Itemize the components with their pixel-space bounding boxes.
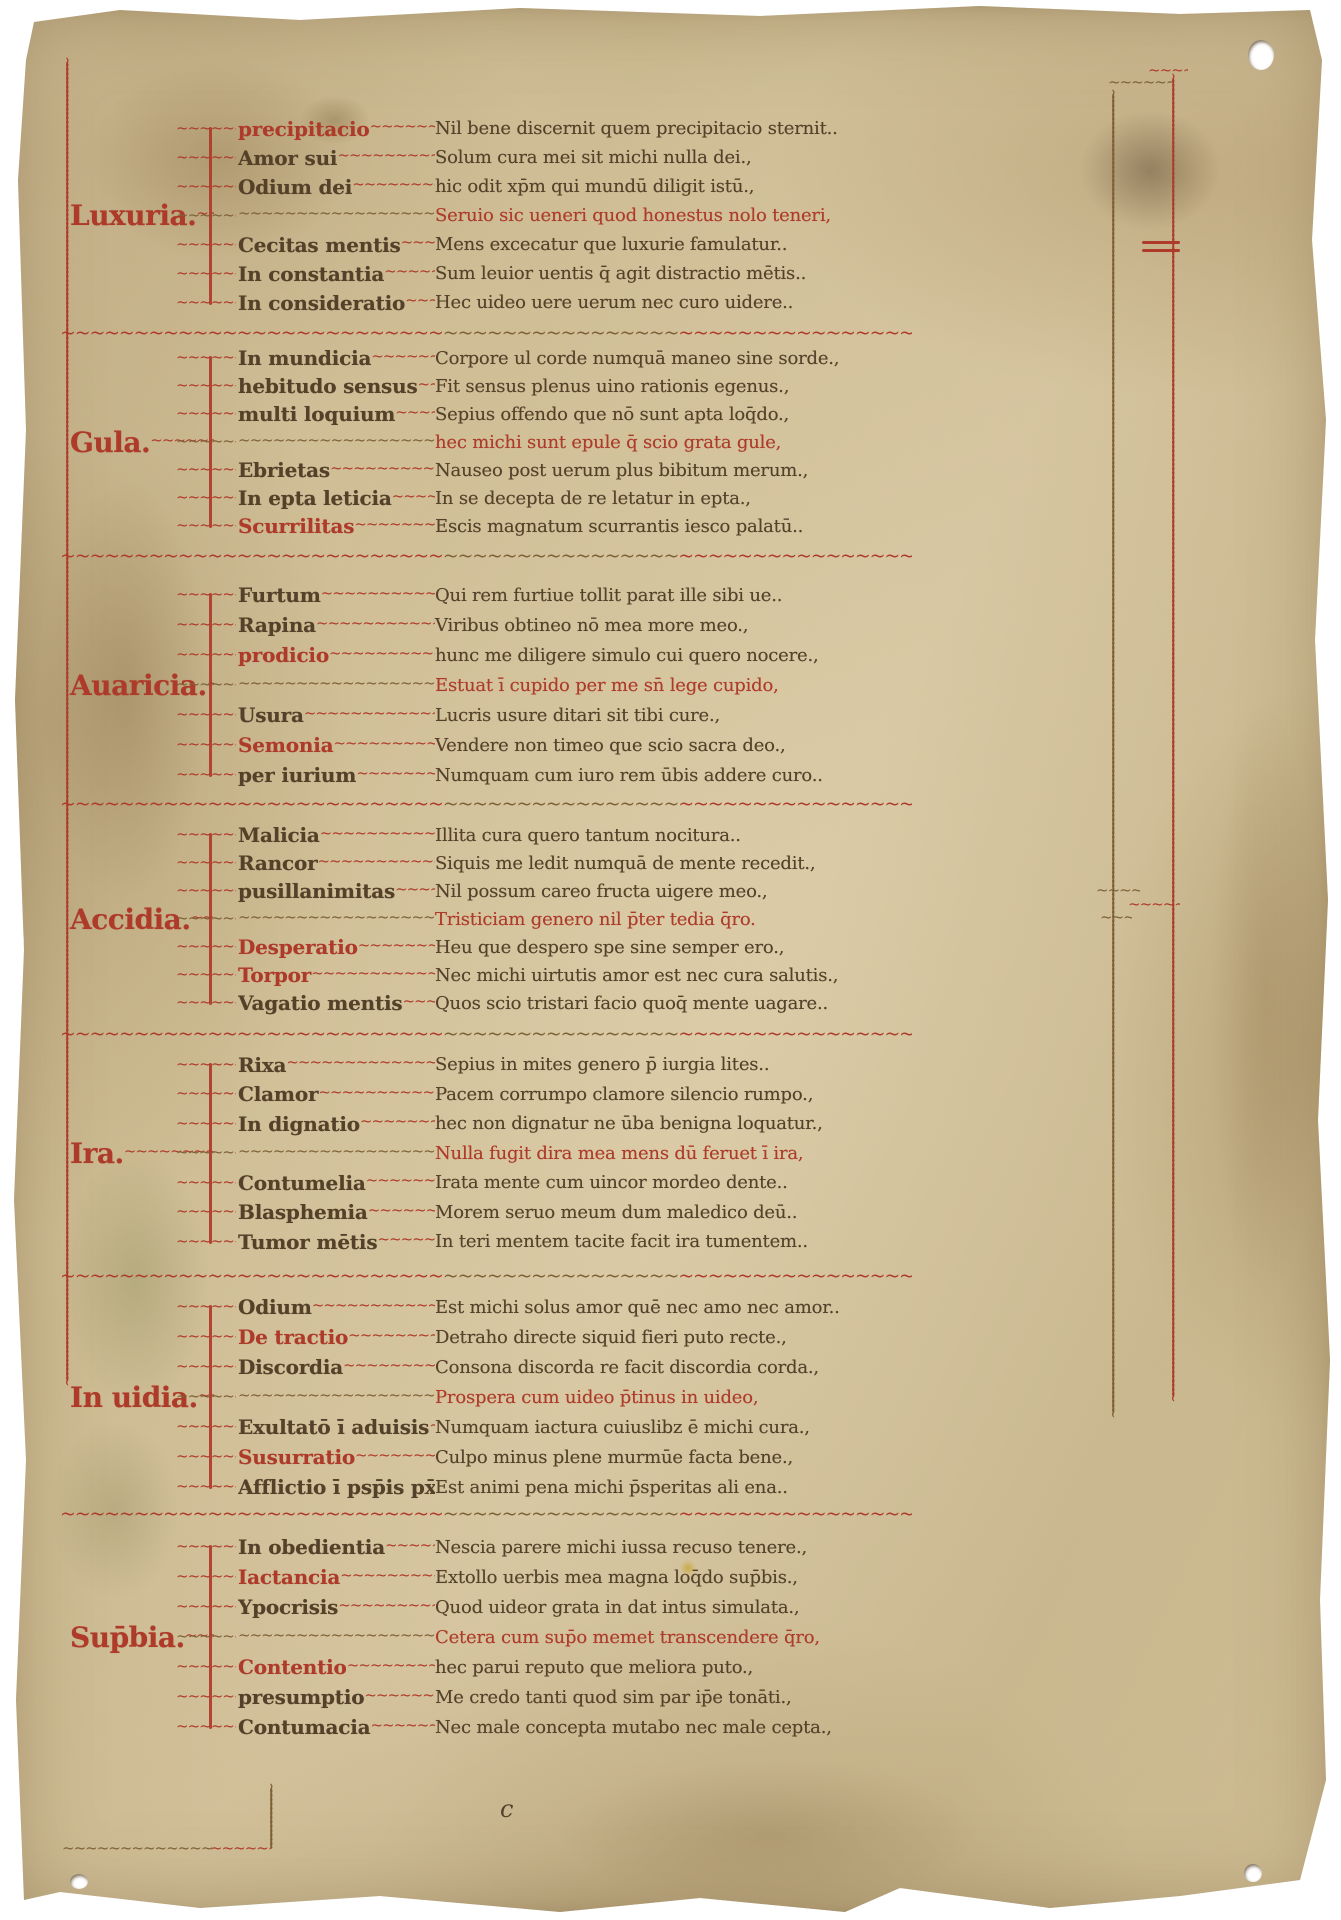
vice-label: Rixa	[238, 1053, 286, 1077]
vice-label: Usura	[238, 703, 304, 727]
vice-cell: prodicio~~~~~~~~~~~~~~~~~~~~~~~~~~~~~~~~…	[238, 643, 435, 667]
vice-row: ~~~~~~~~~Vagatio mentis~~~~~~~~~~~~~~~~~…	[0, 989, 1341, 1017]
vice-cell: ~~~~~~~~~~~~~~~~~~~~~~~~~~~~~~~~~~~~~~~~	[238, 678, 435, 693]
sin-section: Luxuria.~~~~~~~~~~~~~~~~~~~~~~~~~~~~~~~~…	[0, 114, 1341, 317]
vice-label: In consideratio	[238, 291, 405, 315]
vice-cell: per iurium~~~~~~~~~~~~~~~~~~~~~~~~~~~~~~…	[238, 763, 435, 787]
bracket-tick-squiggle: ~~~~~~~~~	[176, 434, 236, 449]
bracket-tick-squiggle: ~~~~~~~~~	[176, 1234, 236, 1249]
vice-cell: Furtum~~~~~~~~~~~~~~~~~~~~~~~~~~~~~~~~~~…	[238, 583, 435, 607]
filler-squiggle: ~~~~~~~~~~~~~~~~~~~~~~~~~~~~~~~~~~~~~~~~	[402, 994, 435, 1009]
vice-cell: ~~~~~~~~~~~~~~~~~~~~~~~~~~~~~~~~~~~~~~~~	[238, 1146, 435, 1161]
verse-text: Sum leuior uentis q̄ agit distractio mē…	[435, 263, 806, 284]
vice-label: hebitudo sensus	[238, 374, 418, 398]
filler-squiggle: ~~~~~~~~~~~~~~~~~~~~~~~~~~~~~~~~~~~~~~~~	[286, 1055, 435, 1070]
vice-row: ~~~~~~~~~Torpor~~~~~~~~~~~~~~~~~~~~~~~~~…	[0, 961, 1341, 989]
filler-squiggle: ~~~~~~~~~~~~~~~~~~~~~~~~~~~~~~~~~~~~~~~~	[238, 678, 435, 691]
bracket-tick-squiggle: ~~~~~~~~~	[176, 406, 236, 421]
filler-squiggle: ~~~~~~~~~~~~~~~~~~~~~~~~~~~~~~~~~~~~~~~~	[366, 1173, 435, 1188]
bracket-tick-squiggle: ~~~~~~~~~	[176, 1479, 236, 1494]
verse-text: hec michi sunt epule q̄ scio grata gule,	[435, 432, 781, 453]
vice-cell: Iactancia~~~~~~~~~~~~~~~~~~~~~~~~~~~~~~~…	[238, 1565, 435, 1589]
vice-cell: pusillanimitas~~~~~~~~~~~~~~~~~~~~~~~~~~…	[238, 879, 435, 903]
verse-text: Illita cura quero tantum nocitura..	[435, 825, 741, 846]
filler-squiggle: ~~~~~~~~~~~~~~~~~~~~~~~~~~~~~~~~~~~~~~~~	[311, 966, 435, 981]
verse-text: Estuat ī cupido per me sn̄ lege cupido,	[435, 675, 779, 696]
vice-label: Contumacia	[238, 1715, 370, 1739]
verse-text: Seruio sic ueneri quod honestus nolo ten…	[435, 205, 831, 226]
filler-squiggle: ~~~~~~~~~~~~~~~~~~~~~~~~~~~~~~~~~~~~~~~~	[238, 435, 435, 448]
filler-squiggle: ~~~~~~~~~~~~~~~~~~~~~~~~~~~~~~~~~~~~~~~~	[333, 736, 435, 751]
vice-cell: Malicia~~~~~~~~~~~~~~~~~~~~~~~~~~~~~~~~~…	[238, 823, 435, 847]
vice-label: Susurratio	[238, 1445, 355, 1469]
vice-row: ~~~~~~~~~Ebrietas~~~~~~~~~~~~~~~~~~~~~~~…	[0, 456, 1341, 484]
verse-text: hic odit xp̄m qui mundū diligit istū.,	[435, 176, 754, 197]
vice-row: ~~~~~~~~~In dignatio~~~~~~~~~~~~~~~~~~~~…	[0, 1109, 1341, 1139]
verse-text: Solum cura mei sit michi nulla dei.,	[435, 147, 752, 168]
vice-label: precipitacio	[238, 117, 370, 141]
vice-cell: In epta leticia~~~~~~~~~~~~~~~~~~~~~~~~~…	[238, 486, 435, 510]
vice-row: ~~~~~~~~~Odium dei~~~~~~~~~~~~~~~~~~~~~~…	[0, 172, 1341, 201]
bracket-tick-squiggle: ~~~~~~~~~	[176, 1057, 236, 1072]
filler-squiggle: ~~~~~~~~~~~~~~~~~~~~~~~~~~~~~~~~~~~~~~~~	[340, 1568, 435, 1583]
bracket-tick-squiggle: ~~~~~~~~~	[176, 462, 236, 477]
bracket-tick-squiggle: ~~~~~~~~~	[176, 350, 236, 365]
filler-squiggle: ~~~~~~~~~~~~~~~~~~~~~~~~~~~~~~~~~~~~~~~~	[377, 1232, 435, 1247]
filler-squiggle: ~~~~~~~~~~~~~~~~~~~~~~~~~~~~~~~~~~~~~~~~	[392, 489, 435, 504]
vice-label: Torpor	[238, 963, 311, 987]
filler-squiggle: ~~~~~~~~~~~~~~~~~~~~~~~~~~~~~~~~~~~~~~~~	[429, 1418, 435, 1433]
vice-row: ~~~~~~~~~De tractio~~~~~~~~~~~~~~~~~~~~~…	[0, 1322, 1341, 1352]
verse-text: hec non dignatur ne ūba benigna loquatu…	[435, 1113, 823, 1134]
vice-row: ~~~~~~~~~Susurratio~~~~~~~~~~~~~~~~~~~~~…	[0, 1442, 1341, 1472]
verse-text: Nauseo post uerum plus bibitum merum.,	[435, 460, 808, 481]
verse-text: Numquam iactura cuiuslibz ē michi cura.…	[435, 1417, 810, 1438]
filler-squiggle: ~~~~~~~~~~~~~~~~~~~~~~~~~~~~~~~~~~~~~~~~	[395, 882, 435, 897]
vice-label: Exultatō ī aduisis	[238, 1415, 429, 1439]
vice-row: ~~~~~~~~~per iurium~~~~~~~~~~~~~~~~~~~~~…	[0, 760, 1341, 790]
filler-squiggle: ~~~~~~~~~~~~~~~~~~~~~~~~~~~~~~~~~~~~~~~~	[321, 586, 435, 601]
vice-row: ~~~~~~~~~Usura~~~~~~~~~~~~~~~~~~~~~~~~~~…	[0, 700, 1341, 730]
bracket-tick-squiggle: ~~~~~~~~~	[176, 1086, 236, 1101]
bracket-tick-squiggle: ~~~~~~~~~	[176, 855, 236, 870]
vice-row: ~~~~~~~~~hebitudo sensus~~~~~~~~~~~~~~~~…	[0, 372, 1341, 400]
verse-text: Culpo minus plene murmūe facta bene.,	[435, 1447, 793, 1468]
vice-cell: Contumelia~~~~~~~~~~~~~~~~~~~~~~~~~~~~~~…	[238, 1171, 435, 1195]
vice-cell: Odium dei~~~~~~~~~~~~~~~~~~~~~~~~~~~~~~~…	[238, 175, 435, 199]
filler-squiggle: ~~~~~~~~~~~~~~~~~~~~~~~~~~~~~~~~~~~~~~~~	[343, 1358, 435, 1373]
vice-label: Amor sui	[238, 146, 337, 170]
vice-cell: precipitacio~~~~~~~~~~~~~~~~~~~~~~~~~~~~…	[238, 117, 435, 141]
stain	[560, 1760, 980, 1910]
section-divider: ~~~~~~~~~~~~~~~~~~~~~~~~~~~~~~~~~~~~~~~~…	[60, 1028, 912, 1046]
parchment-hole	[8, 928, 24, 954]
bracket-tick-squiggle: ~~~~~~~~~	[176, 149, 236, 164]
vice-row: ~~~~~~~~~~~~~~~~~~~~~~~~~~~~~~~~~~~~~~~~…	[0, 670, 1341, 700]
vice-row: ~~~~~~~~~Exultatō ī aduisis~~~~~~~~~~~…	[0, 1412, 1341, 1442]
vice-cell: De tractio~~~~~~~~~~~~~~~~~~~~~~~~~~~~~~…	[238, 1325, 435, 1349]
vice-cell: Rapina~~~~~~~~~~~~~~~~~~~~~~~~~~~~~~~~~~…	[238, 613, 435, 637]
filler-squiggle: ~~~~~~~~~~~~~~~~~~~~~~~~~~~~~~~~~~~~~~~~	[384, 264, 435, 279]
vice-row: ~~~~~~~~~In obedientia~~~~~~~~~~~~~~~~~~…	[0, 1532, 1341, 1562]
verse-text: In teri mentem tacite facit ira tumentem…	[435, 1231, 808, 1252]
vice-cell: Vagatio mentis~~~~~~~~~~~~~~~~~~~~~~~~~~…	[238, 991, 435, 1015]
filler-squiggle: ~~~~~~~~~~~~~~~~~~~~~~~~~~~~~~~~~~~~~~~~	[304, 706, 435, 721]
filler-squiggle: ~~~~~~~~~~~~~~~~~~~~~~~~~~~~~~~~~~~~~~~~	[238, 1146, 435, 1159]
vice-label: Vagatio mentis	[238, 991, 402, 1015]
bracket-tick-squiggle: ~~~~~~~~~	[176, 883, 236, 898]
filler-squiggle: ~~~~~~~~~~~~~~~~~~~~~~~~~~~~~~~~~~~~~~~~	[329, 646, 435, 661]
filler-squiggle: ~~~~~~~~~~~~~~~~~~~~~~~~~~~~~~~~~~~~~~~~	[337, 148, 435, 163]
bracket-tick-squiggle: ~~~~~~~~~	[176, 677, 236, 692]
vice-cell: ~~~~~~~~~~~~~~~~~~~~~~~~~~~~~~~~~~~~~~~~	[238, 1390, 435, 1405]
vice-cell: Torpor~~~~~~~~~~~~~~~~~~~~~~~~~~~~~~~~~~…	[238, 963, 435, 987]
verse-text: Corpore ul corde numquā maneo sine sord…	[435, 348, 839, 369]
verse-text: Pacem corrumpo clamore silencio rumpo.,	[435, 1084, 813, 1105]
verse-text: Nulla fugit dira mea mens dū feruet ī …	[435, 1143, 803, 1164]
vice-label: per iurium	[238, 763, 356, 787]
vice-row: ~~~~~~~~~In mundicia~~~~~~~~~~~~~~~~~~~~…	[0, 344, 1341, 372]
vice-cell: ~~~~~~~~~~~~~~~~~~~~~~~~~~~~~~~~~~~~~~~~	[238, 1630, 435, 1645]
verse-text: Nil bene discernit quem precipitacio ste…	[435, 118, 838, 139]
verse-text: In se decepta de re letatur in epta.,	[435, 488, 751, 509]
verse-text: Mens excecatur que luxurie famulatur..	[435, 234, 787, 255]
vice-row: ~~~~~~~~~Afflictio ī psp̄is px̄i~~~~~~~…	[0, 1472, 1341, 1502]
vice-label: prodicio	[238, 643, 329, 667]
vice-cell: Cecitas mentis~~~~~~~~~~~~~~~~~~~~~~~~~~…	[238, 233, 435, 257]
parchment-hole	[1324, 1100, 1336, 1114]
bracket-tick-squiggle: ~~~~~~~~~	[176, 1389, 236, 1404]
vice-cell: Amor sui~~~~~~~~~~~~~~~~~~~~~~~~~~~~~~~~…	[238, 146, 435, 170]
filler-squiggle: ~~~~~~~~~~~~~~~~~~~~~~~~~~~~~~~~~~~~~~~~	[371, 349, 435, 364]
vice-row: ~~~~~~~~~~~~~~~~~~~~~~~~~~~~~~~~~~~~~~~~…	[0, 905, 1341, 933]
vice-cell: multi loquium~~~~~~~~~~~~~~~~~~~~~~~~~~~…	[238, 402, 435, 426]
verse-text: Nil possum careo fructa uigere meo.,	[435, 881, 767, 902]
verse-text: Extollo uerbis mea magna loq̄do sup̄bis.…	[435, 1567, 798, 1588]
vice-row: ~~~~~~~~~Furtum~~~~~~~~~~~~~~~~~~~~~~~~~…	[0, 580, 1341, 610]
filler-squiggle: ~~~~~~~~~~~~~~~~~~~~~~~~~~~~~~~~~~~~~~~~	[418, 377, 435, 392]
vice-row: ~~~~~~~~~Clamor~~~~~~~~~~~~~~~~~~~~~~~~~…	[0, 1080, 1341, 1110]
bracket-tick-squiggle: ~~~~~~~~~	[176, 1569, 236, 1584]
bracket-tick-squiggle: ~~~~~~~~~	[176, 294, 236, 309]
vice-row: ~~~~~~~~~Cecitas mentis~~~~~~~~~~~~~~~~~…	[0, 230, 1341, 259]
vice-label: Ypocrisis	[238, 1595, 338, 1619]
bracket-tick-squiggle: ~~~~~~~~~	[176, 1599, 236, 1614]
vice-cell: ~~~~~~~~~~~~~~~~~~~~~~~~~~~~~~~~~~~~~~~~	[238, 208, 435, 223]
bracket-tick-squiggle: ~~~~~~~~~	[176, 1719, 236, 1734]
filler-squiggle: ~~~~~~~~~~~~~~~~~~~~~~~~~~~~~~~~~~~~~~~~	[238, 912, 435, 925]
filler-squiggle: ~~~~~~~~~~~~~~~~~~~~~~~~~~~~~~~~~~~~~~~~	[312, 1298, 435, 1313]
filler-squiggle: ~~~~~~~~~~~~~~~~~~~~~~~~~~~~~~~~~~~~~~~~	[385, 1538, 435, 1553]
filler-squiggle: ~~~~~~~~~~~~~~~~~~~~~~~~~~~~~~~~~~~~~~~~	[352, 177, 435, 192]
bracket-tick-squiggle: ~~~~~~~~~	[176, 1659, 236, 1674]
verse-text: hunc me diligere simulo cui quero nocere…	[435, 645, 819, 666]
vice-row: ~~~~~~~~~pusillanimitas~~~~~~~~~~~~~~~~~…	[0, 877, 1341, 905]
vice-row: ~~~~~~~~~Blasphemia~~~~~~~~~~~~~~~~~~~~~…	[0, 1198, 1341, 1228]
bracket-tick-squiggle: ~~~~~~~~~	[176, 490, 236, 505]
verse-text: Detraho directe siquid fieri puto recte.…	[435, 1327, 787, 1348]
verse-text: Lucris usure ditari sit tibi cure.,	[435, 705, 720, 726]
bracket-tick-squiggle: ~~~~~~~~~	[176, 518, 236, 533]
vice-cell: Rixa~~~~~~~~~~~~~~~~~~~~~~~~~~~~~~~~~~~~…	[238, 1053, 435, 1077]
vice-label: Rancor	[238, 851, 317, 875]
filler-squiggle: ~~~~~~~~~~~~~~~~~~~~~~~~~~~~~~~~~~~~~~~~	[358, 938, 435, 953]
right-border-top-cap-red: ~~~~~~	[1148, 64, 1188, 77]
vice-row: ~~~~~~~~~Discordia~~~~~~~~~~~~~~~~~~~~~~…	[0, 1352, 1341, 1382]
bracket-tick-squiggle: ~~~~~~~~~	[176, 707, 236, 722]
filler-squiggle: ~~~~~~~~~~~~~~~~~~~~~~~~~~~~~~~~~~~~~~~~	[355, 1448, 435, 1463]
bracket-tick-squiggle: ~~~~~~~~~	[176, 967, 236, 982]
filler-squiggle: ~~~~~~~~~~~~~~~~~~~~~~~~~~~~~~~~~~~~~~~~	[320, 826, 435, 841]
bracket-tick-squiggle: ~~~~~~~~~	[176, 647, 236, 662]
bracket-tick-squiggle: ~~~~~~~~~	[176, 995, 236, 1010]
vice-label: In dignatio	[238, 1112, 360, 1136]
vice-row: ~~~~~~~~~Scurrilitas~~~~~~~~~~~~~~~~~~~~…	[0, 512, 1341, 540]
vice-cell: Discordia~~~~~~~~~~~~~~~~~~~~~~~~~~~~~~~…	[238, 1355, 435, 1379]
bracket-tick-squiggle: ~~~~~~~~~	[176, 767, 236, 782]
vice-label: In mundicia	[238, 346, 371, 370]
bracket-tick-squiggle: ~~~~~~~~~	[176, 1629, 236, 1644]
vice-row: ~~~~~~~~~Desperatio~~~~~~~~~~~~~~~~~~~~~…	[0, 933, 1341, 961]
verse-text: Est animi pena michi p̄speritas ali ena.…	[435, 1477, 788, 1498]
scribe-mark: c	[500, 1795, 513, 1823]
vice-row: ~~~~~~~~~Rapina~~~~~~~~~~~~~~~~~~~~~~~~~…	[0, 610, 1341, 640]
vice-cell: Susurratio~~~~~~~~~~~~~~~~~~~~~~~~~~~~~~…	[238, 1445, 435, 1469]
vice-cell: In mundicia~~~~~~~~~~~~~~~~~~~~~~~~~~~~~…	[238, 346, 435, 370]
bracket-tick-squiggle: ~~~~~~~~~	[176, 207, 236, 222]
vice-row: ~~~~~~~~~~~~~~~~~~~~~~~~~~~~~~~~~~~~~~~~…	[0, 1382, 1341, 1412]
sin-section: Auaricia.~~~~~~~~~~~~~~~~~~~~~~~~~~~~~~~…	[0, 580, 1341, 790]
vice-row: ~~~~~~~~~In epta leticia~~~~~~~~~~~~~~~~…	[0, 484, 1341, 512]
vice-row: ~~~~~~~~~multi loquium~~~~~~~~~~~~~~~~~~…	[0, 400, 1341, 428]
bracket-tick-squiggle: ~~~~~~~~~	[176, 617, 236, 632]
vice-label: Ebrietas	[238, 458, 330, 482]
filler-squiggle: ~~~~~~~~~~~~~~~~~~~~~~~~~~~~~~~~~~~~~~~~	[348, 1328, 435, 1343]
verse-text: Siquis me ledit numquā de mente recedit…	[435, 853, 815, 874]
vice-row: ~~~~~~~~~~~~~~~~~~~~~~~~~~~~~~~~~~~~~~~~…	[0, 1139, 1341, 1169]
verse-text: Consona discorda re facit discordia cord…	[435, 1357, 819, 1378]
vice-cell: Usura~~~~~~~~~~~~~~~~~~~~~~~~~~~~~~~~~~~…	[238, 703, 435, 727]
bracket-tick-squiggle: ~~~~~~~~~	[176, 120, 236, 135]
vice-label: Furtum	[238, 583, 321, 607]
vice-label: Semonia	[238, 733, 333, 757]
vice-row: ~~~~~~~~~precipitacio~~~~~~~~~~~~~~~~~~~…	[0, 114, 1341, 143]
filler-squiggle: ~~~~~~~~~~~~~~~~~~~~~~~~~~~~~~~~~~~~~~~~	[330, 461, 435, 476]
bracket-tick-squiggle: ~~~~~~~~~	[176, 1329, 236, 1344]
vice-label: Scurrilitas	[238, 514, 354, 538]
filler-squiggle: ~~~~~~~~~~~~~~~~~~~~~~~~~~~~~~~~~~~~~~~~	[354, 517, 435, 532]
sin-section: Sup̄bia.~~~~~~~~~~~~~~~~~~~~~~~~~~~~~~~~…	[0, 1532, 1341, 1742]
filler-squiggle: ~~~~~~~~~~~~~~~~~~~~~~~~~~~~~~~~~~~~~~~~	[368, 1203, 435, 1218]
section-divider: ~~~~~~~~~~~~~~~~~~~~~~~~~~~~~~~~~~~~~~~~…	[60, 550, 912, 568]
vice-row: ~~~~~~~~~Contumacia~~~~~~~~~~~~~~~~~~~~~…	[0, 1712, 1341, 1742]
vice-cell: In constantia~~~~~~~~~~~~~~~~~~~~~~~~~~~…	[238, 262, 435, 286]
verse-text: Tristiciam genero nil p̄ter tedia q̄ro.	[435, 909, 756, 930]
verse-text: Vendere non timeo que scio sacra deo.,	[435, 735, 786, 756]
bracket-tick-squiggle: ~~~~~~~~~	[176, 1539, 236, 1554]
vice-cell: Exultatō ī aduisis~~~~~~~~~~~~~~~~~~~~…	[238, 1415, 435, 1439]
parchment-hole	[70, 1874, 88, 1889]
bottom-border-line-red: ~~~~~~~~~~	[210, 1842, 272, 1855]
vice-row: ~~~~~~~~~Amor sui~~~~~~~~~~~~~~~~~~~~~~~…	[0, 143, 1341, 172]
vice-label: Odium	[238, 1295, 312, 1319]
vice-row: ~~~~~~~~~In constantia~~~~~~~~~~~~~~~~~~…	[0, 259, 1341, 288]
verse-text: Nescia parere michi iussa recuso tenere.…	[435, 1537, 807, 1558]
filler-squiggle: ~~~~~~~~~~~~~~~~~~~~~~~~~~~~~~~~~~~~~~~~	[395, 405, 435, 420]
filler-squiggle: ~~~~~~~~~~~~~~~~~~~~~~~~~~~~~~~~~~~~~~~~	[370, 1718, 435, 1733]
right-border-top-cap: ~~~~~~~~~~	[1108, 76, 1172, 89]
vice-cell: Blasphemia~~~~~~~~~~~~~~~~~~~~~~~~~~~~~~…	[238, 1200, 435, 1224]
vice-row: ~~~~~~~~~Ypocrisis~~~~~~~~~~~~~~~~~~~~~~…	[0, 1592, 1341, 1622]
section-divider: ~~~~~~~~~~~~~~~~~~~~~~~~~~~~~~~~~~~~~~~~…	[60, 327, 912, 345]
vice-label: Afflictio ī psp̄is px̄i	[238, 1475, 435, 1499]
verse-text: Nec michi uirtutis amor est nec cura sal…	[435, 965, 838, 986]
vice-cell: In obedientia~~~~~~~~~~~~~~~~~~~~~~~~~~~…	[238, 1535, 435, 1559]
vice-row: ~~~~~~~~~Rixa~~~~~~~~~~~~~~~~~~~~~~~~~~~…	[0, 1050, 1341, 1080]
vice-label: In epta leticia	[238, 486, 392, 510]
verse-text: Prospera cum uideo p̄tinus in uideo,	[435, 1387, 758, 1408]
vice-label: Iactancia	[238, 1565, 340, 1589]
vice-label: Malicia	[238, 823, 320, 847]
filler-squiggle: ~~~~~~~~~~~~~~~~~~~~~~~~~~~~~~~~~~~~~~~~	[364, 1688, 435, 1703]
filler-squiggle: ~~~~~~~~~~~~~~~~~~~~~~~~~~~~~~~~~~~~~~~~	[238, 1390, 435, 1403]
vice-label: presumptio	[238, 1685, 364, 1709]
vice-label: Cecitas mentis	[238, 233, 401, 257]
parchment-page: ~~~~~~~~~~~~~~~~~~~~~~~~~~~~~~~~~~~~~~~~…	[0, 0, 1341, 1920]
bracket-tick-squiggle: ~~~~~~~~~	[176, 939, 236, 954]
vice-label: De tractio	[238, 1325, 348, 1349]
vice-row: ~~~~~~~~~~~~~~~~~~~~~~~~~~~~~~~~~~~~~~~~…	[0, 201, 1341, 230]
vice-label: multi loquium	[238, 402, 395, 426]
verse-text: Viribus obtineo nō mea more meo.,	[435, 615, 748, 636]
vice-cell: In dignatio~~~~~~~~~~~~~~~~~~~~~~~~~~~~~…	[238, 1112, 435, 1136]
verse-text: Morem seruo meum dum maledico deū..	[435, 1202, 797, 1223]
verse-text: Me credo tanti quod sim par ip̄e tonāti…	[435, 1687, 792, 1708]
bracket-tick-squiggle: ~~~~~~~~~	[176, 236, 236, 251]
filler-squiggle: ~~~~~~~~~~~~~~~~~~~~~~~~~~~~~~~~~~~~~~~~	[316, 616, 435, 631]
section-divider: ~~~~~~~~~~~~~~~~~~~~~~~~~~~~~~~~~~~~~~~~…	[60, 1270, 912, 1288]
bracket-tick-squiggle: ~~~~~~~~~	[176, 911, 236, 926]
filler-squiggle: ~~~~~~~~~~~~~~~~~~~~~~~~~~~~~~~~~~~~~~~~	[356, 766, 435, 781]
vice-label: In obedientia	[238, 1535, 385, 1559]
verse-text: Fit sensus plenus uino rationis egenus.,	[435, 376, 789, 397]
verse-text: Cetera cum sup̄o memet transcendere q̄ro…	[435, 1627, 820, 1648]
filler-squiggle: ~~~~~~~~~~~~~~~~~~~~~~~~~~~~~~~~~~~~~~~~	[238, 1630, 435, 1643]
bracket-tick-squiggle: ~~~~~~~~~	[176, 178, 236, 193]
vice-cell: Semonia~~~~~~~~~~~~~~~~~~~~~~~~~~~~~~~~~…	[238, 733, 435, 757]
section-divider: ~~~~~~~~~~~~~~~~~~~~~~~~~~~~~~~~~~~~~~~~…	[60, 798, 912, 816]
vice-cell: Tumor mētis~~~~~~~~~~~~~~~~~~~~~~~~~~~~…	[238, 1230, 435, 1254]
filler-squiggle: ~~~~~~~~~~~~~~~~~~~~~~~~~~~~~~~~~~~~~~~~	[238, 208, 435, 221]
vice-cell: Odium~~~~~~~~~~~~~~~~~~~~~~~~~~~~~~~~~~~…	[238, 1295, 435, 1319]
verse-text: Qui rem furtiue tollit parat ille sibi u…	[435, 585, 782, 606]
verse-text: Est michi solus amor quē nec amo nec am…	[435, 1297, 840, 1318]
bracket-tick-squiggle: ~~~~~~~~~	[176, 1116, 236, 1131]
bracket-tick-squiggle: ~~~~~~~~~	[176, 1204, 236, 1219]
vice-label: In constantia	[238, 262, 384, 286]
vice-row: ~~~~~~~~~prodicio~~~~~~~~~~~~~~~~~~~~~~~…	[0, 640, 1341, 670]
vice-cell: Contumacia~~~~~~~~~~~~~~~~~~~~~~~~~~~~~~…	[238, 1715, 435, 1739]
filler-squiggle: ~~~~~~~~~~~~~~~~~~~~~~~~~~~~~~~~~~~~~~~~	[338, 1598, 435, 1613]
filler-squiggle: ~~~~~~~~~~~~~~~~~~~~~~~~~~~~~~~~~~~~~~~~	[401, 235, 435, 250]
manuscript-scan: ~~~~~~~~~~~~~~~~~~~~~~~~~~~~~~~~~~~~~~~~…	[0, 0, 1341, 1920]
verse-text: Sepius in mites genero p̄ iurgia lites..	[435, 1054, 769, 1075]
verse-text: Numquam cum iuro rem ūbis addere curo..	[435, 765, 823, 786]
vice-row: ~~~~~~~~~Rancor~~~~~~~~~~~~~~~~~~~~~~~~~…	[0, 849, 1341, 877]
section-divider: ~~~~~~~~~~~~~~~~~~~~~~~~~~~~~~~~~~~~~~~~…	[60, 1508, 912, 1526]
bracket-tick-squiggle: ~~~~~~~~~	[176, 1175, 236, 1190]
filler-squiggle: ~~~~~~~~~~~~~~~~~~~~~~~~~~~~~~~~~~~~~~~~	[405, 293, 435, 308]
vice-row: ~~~~~~~~~Malicia~~~~~~~~~~~~~~~~~~~~~~~~…	[0, 821, 1341, 849]
vice-label: Discordia	[238, 1355, 343, 1379]
vice-row: ~~~~~~~~~In consideratio~~~~~~~~~~~~~~~~…	[0, 288, 1341, 317]
vice-label: pusillanimitas	[238, 879, 395, 903]
vice-row: ~~~~~~~~~Tumor mētis~~~~~~~~~~~~~~~~~~~…	[0, 1227, 1341, 1257]
vice-cell: Afflictio ī psp̄is px̄i~~~~~~~~~~~~~~~~…	[238, 1475, 435, 1499]
vice-cell: hebitudo sensus~~~~~~~~~~~~~~~~~~~~~~~~~…	[238, 374, 435, 398]
vice-label: Contumelia	[238, 1171, 366, 1195]
bracket-tick-squiggle: ~~~~~~~~~	[176, 1449, 236, 1464]
vice-cell: Contentio~~~~~~~~~~~~~~~~~~~~~~~~~~~~~~~…	[238, 1655, 435, 1679]
vice-row: ~~~~~~~~~presumptio~~~~~~~~~~~~~~~~~~~~~…	[0, 1682, 1341, 1712]
vice-label: Tumor mētis	[238, 1230, 377, 1254]
bracket-tick-squiggle: ~~~~~~~~~	[176, 737, 236, 752]
vice-cell: In consideratio~~~~~~~~~~~~~~~~~~~~~~~~~…	[238, 291, 435, 315]
bracket-tick-squiggle: ~~~~~~~~~	[176, 587, 236, 602]
bracket-tick-squiggle: ~~~~~~~~~	[176, 265, 236, 280]
vice-cell: ~~~~~~~~~~~~~~~~~~~~~~~~~~~~~~~~~~~~~~~~	[238, 435, 435, 450]
vice-label: Odium dei	[238, 175, 352, 199]
bracket-tick-squiggle: ~~~~~~~~~	[176, 827, 236, 842]
vice-cell: Clamor~~~~~~~~~~~~~~~~~~~~~~~~~~~~~~~~~~…	[238, 1082, 435, 1106]
filler-squiggle: ~~~~~~~~~~~~~~~~~~~~~~~~~~~~~~~~~~~~~~~~	[360, 1114, 435, 1129]
vice-row: ~~~~~~~~~Contumelia~~~~~~~~~~~~~~~~~~~~~…	[0, 1168, 1341, 1198]
vice-cell: Desperatio~~~~~~~~~~~~~~~~~~~~~~~~~~~~~~…	[238, 935, 435, 959]
vice-cell: Rancor~~~~~~~~~~~~~~~~~~~~~~~~~~~~~~~~~~…	[238, 851, 435, 875]
vice-cell: ~~~~~~~~~~~~~~~~~~~~~~~~~~~~~~~~~~~~~~~~	[238, 912, 435, 927]
bottom-corner-line: ~~~~~~~~~~~~~~~~~~~~~~~~~~~~~~~~~~~~~~~~…	[264, 1782, 278, 1848]
vice-row: ~~~~~~~~~Semonia~~~~~~~~~~~~~~~~~~~~~~~~…	[0, 730, 1341, 760]
filler-squiggle: ~~~~~~~~~~~~~~~~~~~~~~~~~~~~~~~~~~~~~~~~	[347, 1658, 435, 1673]
vice-row: ~~~~~~~~~Contentio~~~~~~~~~~~~~~~~~~~~~~…	[0, 1652, 1341, 1682]
vice-label: Desperatio	[238, 935, 358, 959]
vice-cell: Ebrietas~~~~~~~~~~~~~~~~~~~~~~~~~~~~~~~~…	[238, 458, 435, 482]
sin-section: In uidia.~~~~~~~~~~~~~~~~~~~~~~~~~~~~~~~…	[0, 1292, 1341, 1502]
bracket-tick-squiggle: ~~~~~~~~~	[176, 1689, 236, 1704]
verse-text: Hec uideo uere uerum nec curo uidere..	[435, 292, 793, 313]
verse-text: Sepius offendo que nō sunt apta loq̄do.…	[435, 404, 789, 425]
parchment-hole	[1244, 1864, 1262, 1882]
verse-text: Irata mente cum uincor mordeo dente..	[435, 1172, 788, 1193]
vice-row: ~~~~~~~~~~~~~~~~~~~~~~~~~~~~~~~~~~~~~~~~…	[0, 1622, 1341, 1652]
verse-text: Nec male concepta mutabo nec male cepta.…	[435, 1717, 832, 1738]
bracket-tick-squiggle: ~~~~~~~~~	[176, 1145, 236, 1160]
vice-label: Rapina	[238, 613, 316, 637]
vice-cell: Ypocrisis~~~~~~~~~~~~~~~~~~~~~~~~~~~~~~~…	[238, 1595, 435, 1619]
sin-section: Gula.~~~~~~~~~~~~~~~~~~~~~~~~~~~~~~~~~~~…	[0, 344, 1341, 540]
vice-cell: Scurrilitas~~~~~~~~~~~~~~~~~~~~~~~~~~~~~…	[238, 514, 435, 538]
vice-label: Blasphemia	[238, 1200, 368, 1224]
bracket-tick-squiggle: ~~~~~~~~~	[176, 1359, 236, 1374]
filler-squiggle: ~~~~~~~~~~~~~~~~~~~~~~~~~~~~~~~~~~~~~~~~	[370, 119, 435, 134]
vice-cell: presumptio~~~~~~~~~~~~~~~~~~~~~~~~~~~~~~…	[238, 1685, 435, 1709]
verse-text: hec parui reputo que meliora puto.,	[435, 1657, 753, 1678]
verse-text: Quos scio tristari facio quoq̄ mente uag…	[435, 993, 828, 1014]
vice-label: Clamor	[238, 1082, 318, 1106]
bracket-tick-squiggle: ~~~~~~~~~	[176, 1419, 236, 1434]
vice-label: Contentio	[238, 1655, 347, 1679]
bottom-border-line: ~~~~~~~~~~~~~~~~~~~~~~~~	[62, 1842, 214, 1855]
